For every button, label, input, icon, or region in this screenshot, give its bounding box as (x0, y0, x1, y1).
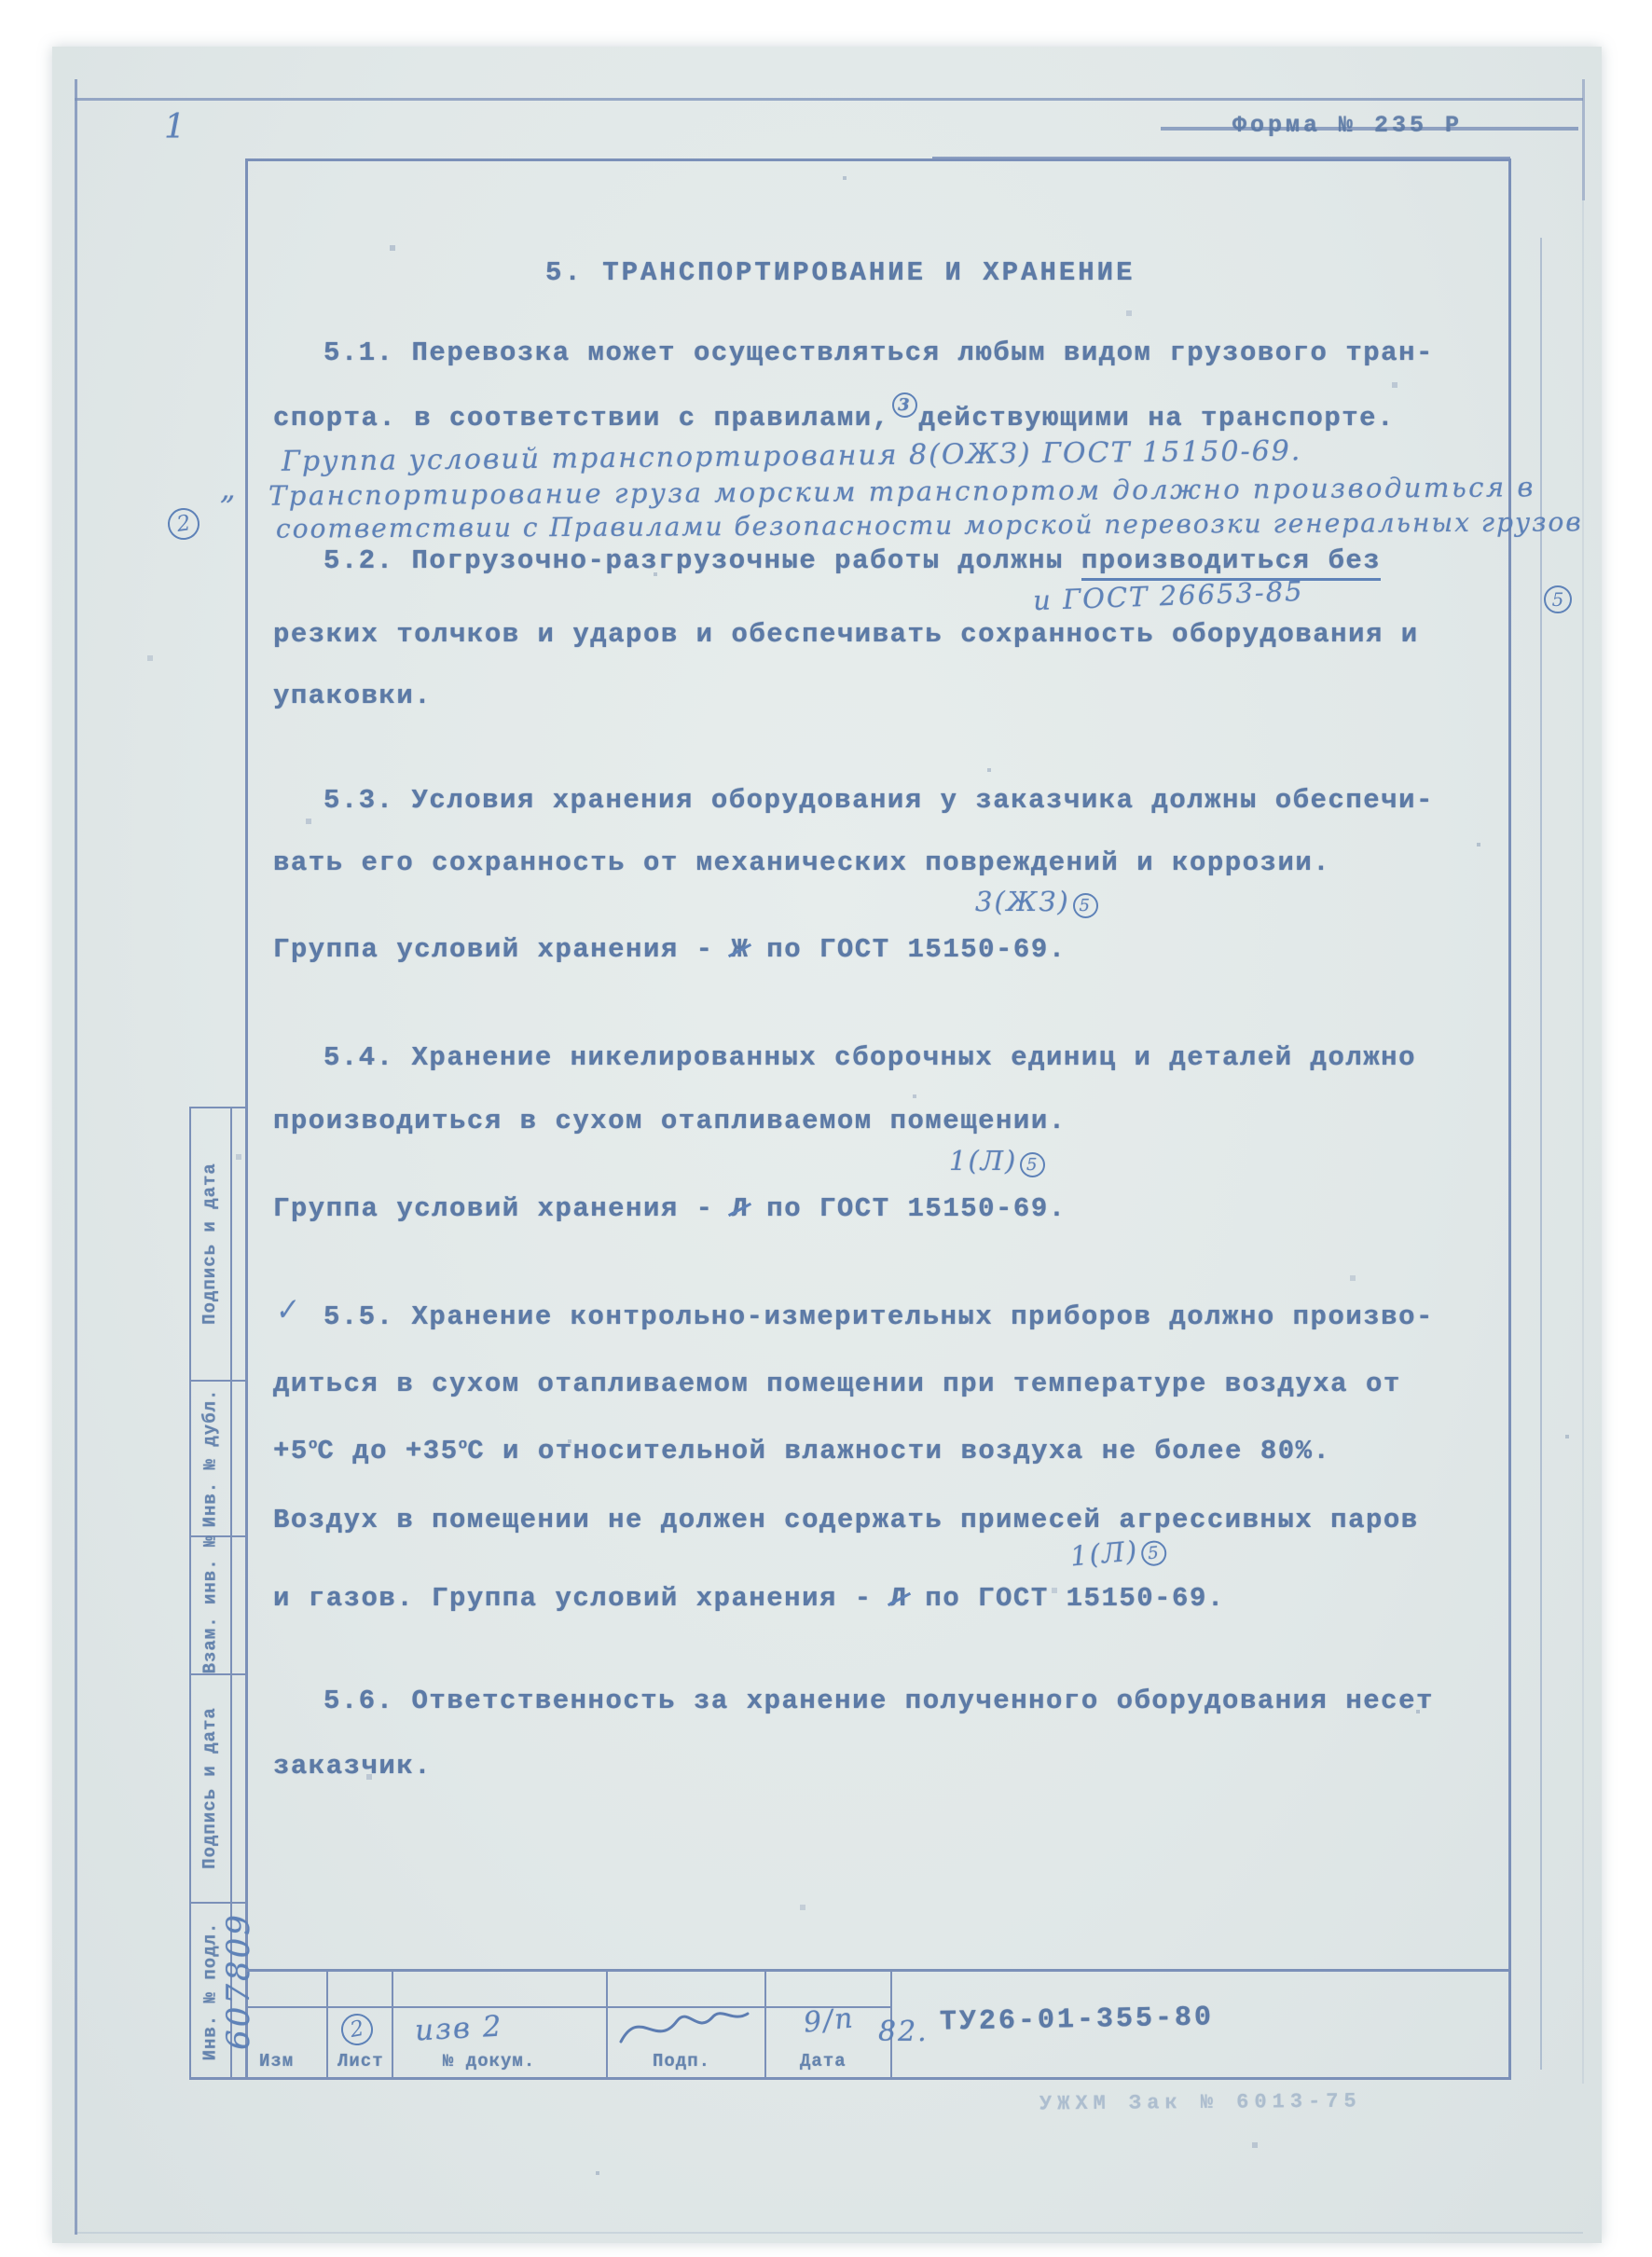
para-5-3-line-2: вать его сохранность от механических пов… (273, 847, 1330, 878)
para-5-3-line-3-text-a: Группа условий хранения - (273, 934, 731, 965)
inventory-number-text: 607809 (220, 1912, 257, 2050)
para-5-4-line-1: 5.4. Хранение никелированных сборочных е… (324, 1042, 1416, 1073)
handwritten-54-group-text: 1(Л) (949, 1145, 1017, 1177)
para-5-4-line-3: Группа условий хранения - Л по ГОСТ 1515… (273, 1193, 1067, 1224)
para-5-5-struck-letter: Л (890, 1583, 908, 1614)
outer-frame-bottom-faint (75, 2232, 1583, 2234)
para-5-1-line-2-text-a: спорта. в соответствии с правилами, (273, 403, 890, 434)
margin-quote-mark: „ (220, 471, 238, 506)
para-5-2-underlined: производиться без (1081, 545, 1381, 581)
titleblock-top-rule (245, 1969, 1510, 1972)
titleblock-date-entry: 9/п (802, 2002, 856, 2040)
outer-frame-left (75, 79, 77, 2235)
outer-frame-top (75, 98, 1583, 101)
para-5-5-line-5-text-a: и газов. Группа условий хранения - (273, 1583, 890, 1614)
handwritten-53-circle: 5 (1073, 893, 1098, 918)
para-5-6-line-2: заказчик. (273, 1751, 432, 1782)
sidebar-label: Подпись и дата (200, 1707, 220, 1869)
para-5-3-struck-letter: Ж (731, 934, 749, 965)
para-5-2-line-3: упаковки. (273, 681, 432, 711)
inventory-number: 607809 (214, 1911, 263, 2051)
temp-value-2: С до +35 (317, 1436, 458, 1466)
para-5-3-line-3-text-b: по ГОСТ 15150-69. (749, 934, 1066, 965)
para-5-1-line-2-text-b: действующими на транспорте. (919, 403, 1395, 434)
handwritten-54-circle: 5 (1020, 1152, 1045, 1177)
para-5-5-line-5-text-b: по ГОСТ 15150-69. (908, 1583, 1225, 1614)
degree-sup-2: о (459, 1436, 468, 1452)
outer-frame-right-faint (1582, 200, 1584, 2084)
para-5-5-line-3: +5оС до +35оС и относительной влажности … (273, 1436, 1330, 1466)
margin-checkmark: ✓ (271, 1292, 302, 1328)
titleblock-label-data: Дата (800, 2051, 847, 2071)
para-5-5-line-2: диться в сухом отапливаемом помещении пр… (273, 1369, 1401, 1399)
para-5-2-line-2: резких толчков и ударов и обеспечивать с… (273, 619, 1419, 650)
page-number: 1 (164, 108, 187, 146)
titleblock-col-1 (326, 1969, 328, 2079)
titleblock-label-list: Лист (337, 2051, 384, 2071)
para-5-3-line-1: 5.3. Условия хранения оборудования у зак… (324, 785, 1434, 816)
para-5-4-struck-letter: Л (731, 1193, 749, 1224)
para-5-5-line-4: Воздух в помещении не должен содержать п… (273, 1505, 1419, 1535)
paper-speckles (0, 0, 2, 2)
titleblock-col-2 (392, 1969, 393, 2079)
inner-frame-right (1508, 158, 1511, 2080)
handwritten-54-group: 1(Л)5 (949, 1145, 1045, 1177)
titleblock-col-4 (764, 1969, 766, 2079)
titleblock-mid-rule (245, 2006, 892, 2008)
form-stamp: Форма № 235 Р (1232, 112, 1463, 139)
paper-background (52, 47, 1602, 2243)
sidebar-label: Подпись и дата (200, 1163, 220, 1325)
handwritten-53-group-text: 3(ЖЗ) (975, 886, 1070, 917)
humidity-text: С и относительной влажности воздуха не б… (467, 1436, 1330, 1466)
para-5-1-line-1: 5.1. Перевозка может осуществляться любы… (324, 337, 1434, 368)
para-5-4-line-3-text-a: Группа условий хранения - (273, 1193, 731, 1224)
sidebar-cell-inv-dubl: Инв. № дубл. (189, 1380, 230, 1535)
para-5-2-line-1-text-a: 5.2. Погрузочно-разгрузочные работы долж… (324, 545, 1081, 576)
outer-frame-right (1582, 79, 1585, 200)
titleblock-label-izm: Изм (259, 2051, 294, 2071)
para-5-5-line-5: и газов. Группа условий хранения - Л по … (273, 1583, 1225, 1614)
sidebar-cell-podpis-data-2: Подпись и дата (189, 1673, 230, 1902)
margin-circle-right: 5 (1544, 585, 1572, 613)
para-5-5-line-1: 5.5. Хранение контрольно-измерительных п… (324, 1301, 1434, 1332)
temp-value-1: +5 (273, 1436, 309, 1466)
handwritten-53-group: 3(ЖЗ)5 (975, 886, 1098, 918)
handwritten-55-group-text: 1(Л) (1069, 1534, 1140, 1572)
sidebar-cell-vzam-inv: Взам. инв. № (189, 1535, 230, 1673)
degree-sup-1: о (309, 1436, 318, 1452)
signature-scribble (615, 2001, 755, 2057)
para-5-4-line-2: производиться в сухом отапливаемом помещ… (273, 1106, 1067, 1136)
sidebar-label: Взам. инв. № (200, 1535, 220, 1674)
sidebar-cell-podpis-data-1: Подпись и дата (189, 1107, 230, 1380)
titleblock-doc-entry: изв 2 (414, 2010, 503, 2048)
titleblock-col-3 (606, 1969, 608, 2079)
handwritten-55-circle: 5 (1140, 1540, 1167, 1567)
titleblock-bottom-rule (189, 2077, 1510, 2080)
insertion-mark-circle: 3 (892, 392, 917, 418)
para-5-1-line-2: спорта. в соответствии с правилами,3дейс… (273, 403, 1395, 434)
para-5-2-line-1: 5.2. Погрузочно-разгрузочные работы долж… (324, 545, 1381, 576)
scanned-document-page: Форма № 235 Р 1 5. ТРАНСПОРТИРОВАНИЕ И Х… (0, 0, 1652, 2257)
section-title: 5. ТРАНСПОРТИРОВАНИЕ И ХРАНЕНИЕ (545, 257, 1136, 288)
sidebar-label: Инв. № дубл. (200, 1388, 220, 1527)
inner-frame-top-heavy (932, 157, 1510, 161)
inner-frame-left (245, 158, 248, 2080)
footer-print-stamp: УЖХМ Зак № 6013-75 (1039, 2089, 1362, 2115)
document-code: ТУ26-01-355-80 (940, 2002, 1215, 2038)
para-5-3-line-3: Группа условий хранения - Ж по ГОСТ 1515… (273, 934, 1067, 965)
para-5-6-line-1: 5.6. Ответственность за хранение получен… (324, 1686, 1434, 1716)
para-5-4-line-3-text-b: по ГОСТ 15150-69. (749, 1193, 1066, 1224)
titleblock-label-dokum: № докум. (443, 2051, 535, 2071)
titleblock-year-entry: 82. (878, 2016, 929, 2048)
